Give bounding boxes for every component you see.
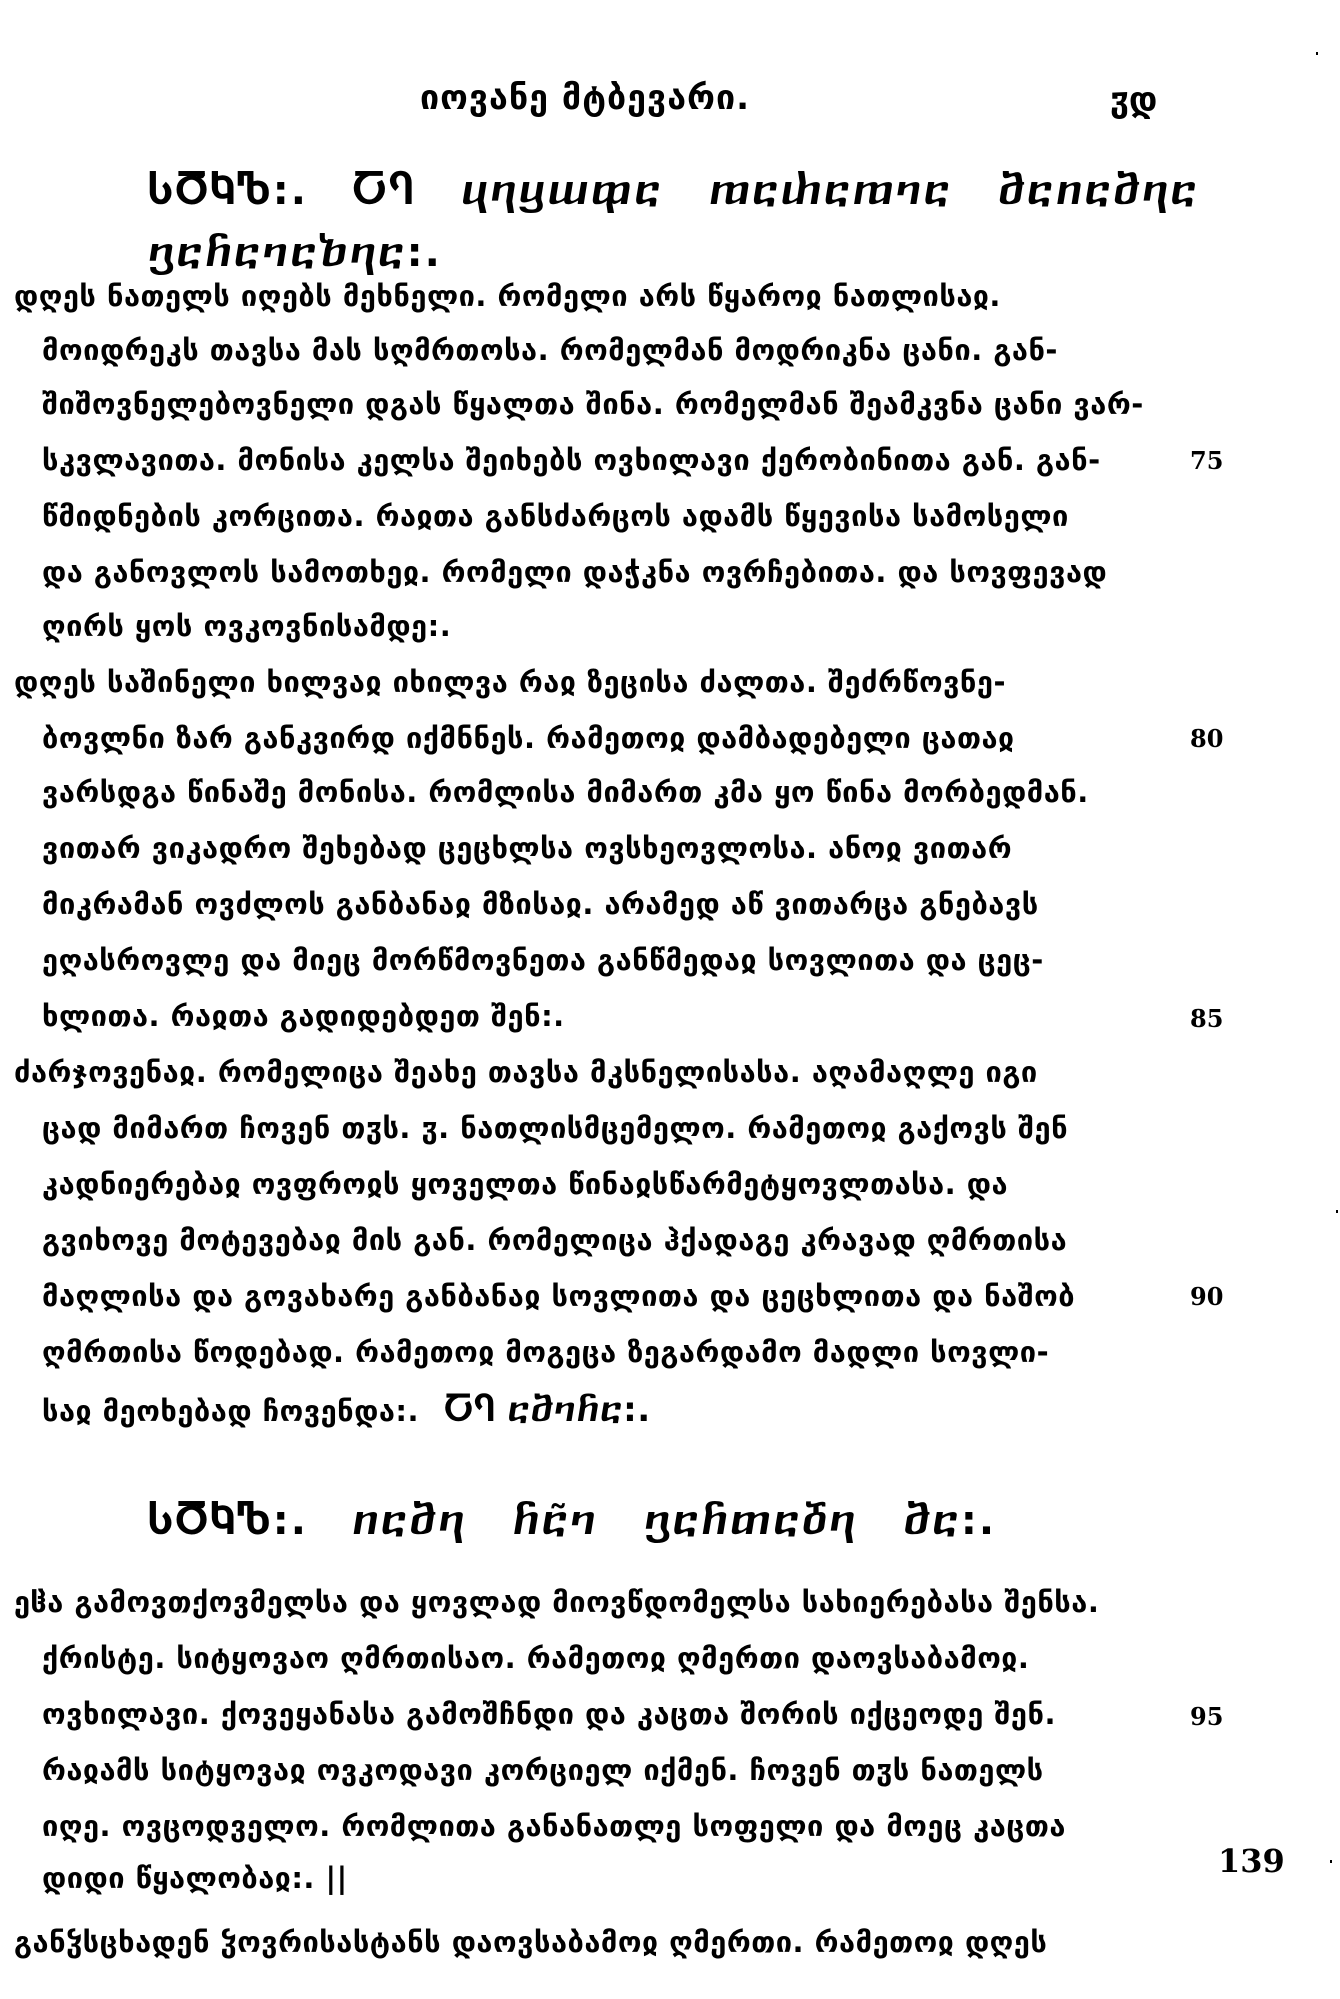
scan-artifact: [1330, 1860, 1332, 1863]
margin-line-number: 90: [1190, 1282, 1223, 1311]
heading-word: ⴌⴀ̃ⴈ: [513, 1498, 599, 1544]
text-line: ვითარ ვიკადრო შეხებად ცეცხლსა ოვსხეოვლოს…: [42, 828, 1012, 868]
text-line: ეღასროვლე და მიეც მორწმოვნეთა განწმედაჲ …: [42, 940, 1044, 980]
text-line: ცად მიმართ ჩოვენ თჳს. ჳ. ნათლისმცემელო. …: [42, 1108, 1068, 1148]
text-line: საჲ მეოხებად ჩოვენდა:. ႠႤ ⴀⴋⴈⴌⴀ:.: [42, 1390, 651, 1431]
heading-word: ⴋⴀⴖⴀⴋⴄⴀ: [998, 168, 1199, 214]
section-heading: ႱႣ̃ႩႪ:. ႠႤ ⴗⴄⴁⴍⴔⴀ ⴊⴀⴐⴀⴊⴈⴀ ⴋⴀⴖⴀⴋⴄⴀ: [148, 160, 1229, 222]
text-line: ღირს ყოს ოვკოვნისამდე:.: [42, 606, 451, 646]
text-line: კადნიერებაჲ ოვფროჲს ყოველთა წინაჲსწარმეტ…: [42, 1164, 1008, 1204]
scan-artifact: [1316, 52, 1318, 55]
text-line: ეჱა გამოვთქოვმელსა და ყოვლად მიოვწდომელს…: [14, 1582, 1099, 1622]
text-line: წმიდნების კორცითა. რაჲთა განსძარცოს ადამ…: [42, 496, 1069, 536]
text-line: ოვხილავი. ქოვეყანასა გამოშჩნდი და კაცთა …: [42, 1694, 1056, 1734]
text-line: ბოვლნი ზარ განკვირდ იქმნნეს. რამეთოჲ დამ…: [42, 718, 1015, 758]
running-head-folio: ჳდ: [1110, 80, 1157, 120]
text-line: დღეს საშინელი ხილვაჲ იხილვა რაჲ ზეცისა ძ…: [14, 662, 1006, 702]
text-line: ქრისტე. სიტყოვაო ღმრთისაო. რამეთოჲ ღმერთ…: [42, 1638, 1029, 1678]
running-head-title: იოვანე მტბევარი.: [420, 78, 750, 118]
text-line: მაღლისა და გოვახარე განბანაჲ სოვლითა და …: [42, 1276, 1075, 1316]
document-page: იოვანე მტბევარი. ჳდ ႱႣ̃ႩႪ:. ႠႤ ⴗⴄⴁⴍⴔⴀ ⴊⴀ…: [0, 0, 1340, 1999]
heading-abbreviation: ႱႣ̃ႩႪ:.: [148, 168, 308, 214]
text-line: და განოვლოს სამოთხეჲ. რომელი დაჭკნა ოვრჩ…: [42, 552, 1107, 592]
section-heading-line2: ⴂⴀⴌⴀⴈⴀⴆⴄⴀ:.: [148, 222, 442, 284]
heading-word: ႠႤ: [352, 168, 416, 214]
margin-line-number: 75: [1190, 446, 1223, 475]
text-line: ძარჯოვენაჲ. რომელიცა შეახე თავსა მკსნელი…: [14, 1052, 1038, 1092]
text-line: დღეს ნათელს იღებს მეხნელი. რომელი არს წყ…: [14, 276, 1001, 316]
text-line: ღმრთისა წოდებად. რამეთოჲ მოგეცა ზეგარდამ…: [42, 1332, 1049, 1372]
text-line: შიშოვნელებოვნელი დგას წყალთა შინა. რომელ…: [42, 384, 1144, 424]
text-line-content: საჲ მეოხებად ჩოვენდა:.: [42, 1394, 419, 1428]
text-line: გვიხოვე მოტევებაჲ მის გან. რომელიცა ჰქად…: [42, 1220, 1067, 1260]
text-line: დიდი წყალობაჲ:. ||: [42, 1858, 348, 1898]
page-number: 139: [1218, 1842, 1285, 1880]
heading-word: ⴋⴀ:.: [903, 1498, 996, 1544]
closing-rubric: ႠႤ ⴀⴋⴈⴌⴀ:.: [444, 1390, 651, 1430]
heading-word: ⴗⴄⴁⴍⴔⴀ: [461, 168, 663, 214]
margin-line-number: 95: [1190, 1702, 1223, 1731]
heading-abbreviation: ႱႣ̃ႩႪ:.: [148, 1498, 308, 1544]
heading-word: ⴊⴀⴐⴀⴊⴈⴀ: [709, 168, 952, 214]
margin-line-number: 80: [1190, 724, 1223, 753]
text-line: რაჲამს სიტყოვაჲ ოვკოდავი კორციელ იქმენ. …: [42, 1750, 1044, 1790]
text-line: განჴსცხადენ ჴოვრისასტანს დაოვსაბამოჲ ღმე…: [14, 1922, 1047, 1962]
text-line: იღე. ოვცოდველო. რომლითა განანათლე სოფელი…: [42, 1806, 1066, 1846]
text-line: მიკრამან ოვძლოს განბანაჲ მზისაჲ. არამედ …: [42, 884, 1039, 924]
text-line: სკვლავითა. მონისა კელსა შეიხებს ოვხილავი…: [42, 440, 1101, 480]
scan-artifact: [1336, 1210, 1338, 1213]
section-heading: ႱႣ̃ႩႪ:. ⴖⴀⴋⴄ ⴌⴀ̃ⴈ ⴂⴀⴌⴇⴀⴃⴄ ⴋⴀ:.: [148, 1490, 1026, 1552]
text-line: ვარსდგა წინაშე მონისა. რომლისა მიმართ კმ…: [42, 772, 1089, 812]
text-line: ხლითა. რაჲთა გადიდებდეთ შენ:.: [42, 996, 565, 1036]
text-line: მოიდრეკს თავსა მას სღმრთოსა. რომელმან მო…: [42, 330, 1058, 370]
heading-word: ⴖⴀⴋⴄ: [352, 1498, 467, 1544]
margin-line-number: 85: [1190, 1004, 1223, 1033]
heading-word: ⴂⴀⴌⴇⴀⴃⴄ: [644, 1498, 857, 1544]
